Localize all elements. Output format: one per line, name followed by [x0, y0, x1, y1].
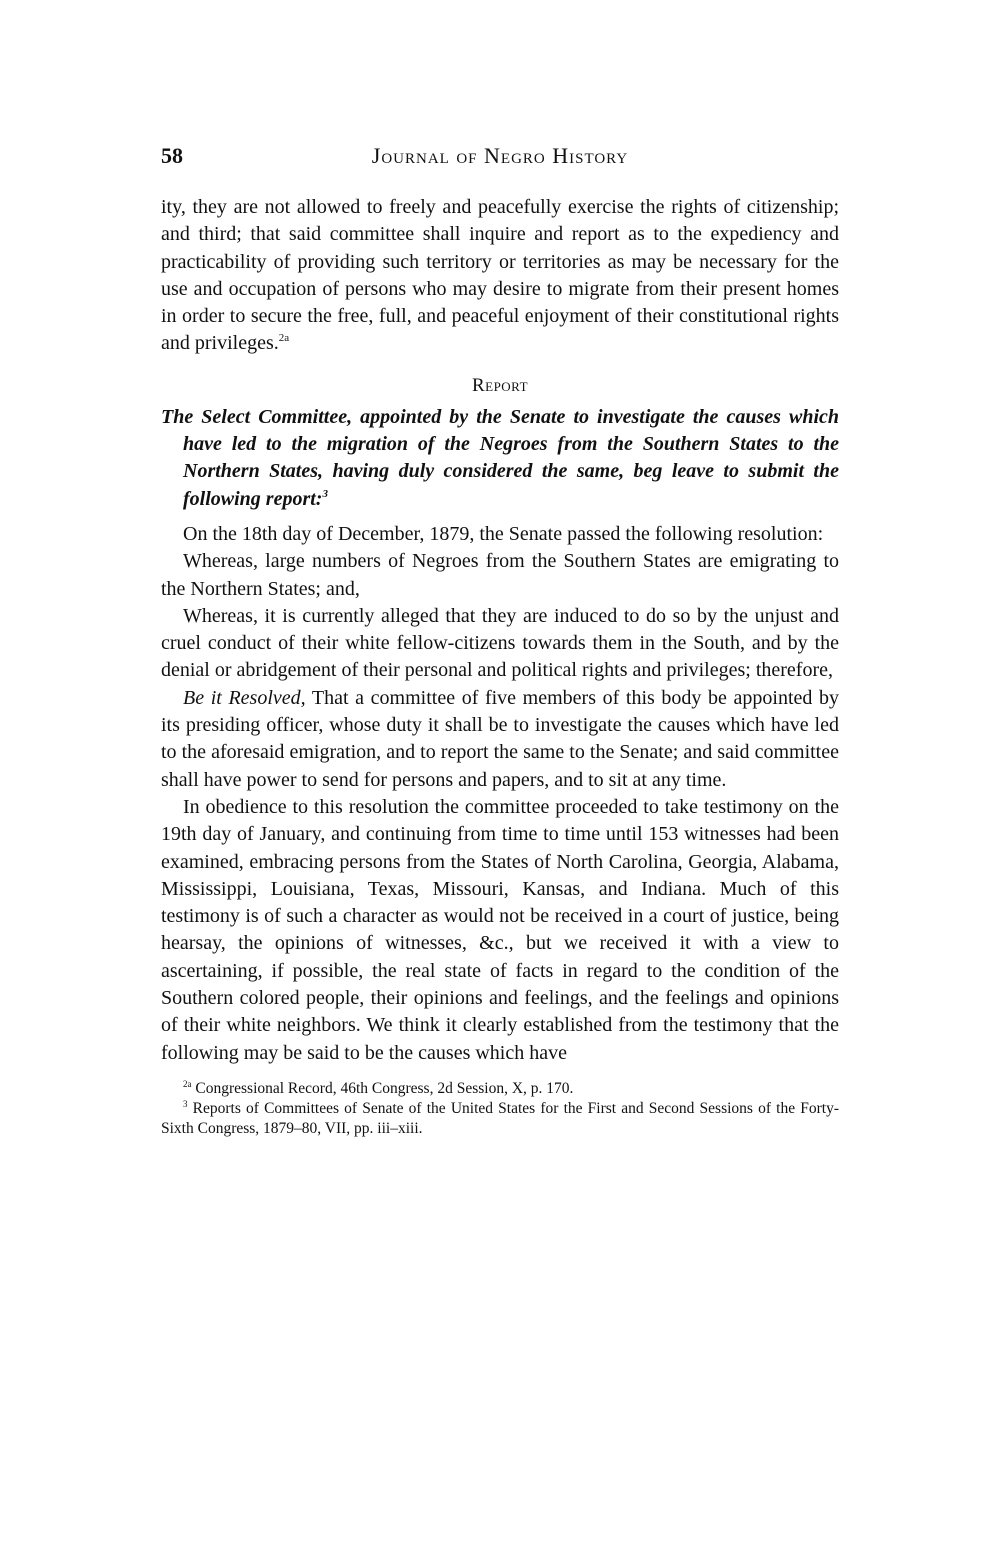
journal-page: 58 Journal of Negro History ity, they ar…	[161, 138, 839, 1139]
journal-title: Journal of Negro History	[161, 138, 839, 174]
continuation-paragraph: ity, they are not allowed to freely and …	[161, 194, 839, 358]
footnote-marker: 2a	[183, 1079, 192, 1089]
continuation-text: ity, they are not allowed to freely and …	[161, 196, 839, 354]
paragraph-whereas-2: Whereas, it is currently alleged that th…	[161, 603, 839, 685]
running-head: 58 Journal of Negro History	[161, 138, 839, 174]
report-preamble: The Select Committee, appointed by the S…	[161, 404, 839, 513]
paragraph-resolution-date: On the 18th day of December, 1879, the S…	[161, 521, 839, 548]
paragraph-whereas-1: Whereas, large numbers of Negroes from t…	[161, 548, 839, 603]
footnote-text: Reports of Committees of Senate of the U…	[161, 1100, 839, 1137]
footnotes: 2a Congressional Record, 46th Congress, …	[161, 1079, 839, 1139]
footnote-3: 3 Reports of Committees of Senate of the…	[161, 1099, 839, 1139]
footnote-2a: 2a Congressional Record, 46th Congress, …	[161, 1079, 839, 1099]
paragraph-resolved: Be it Resolved, That a committee of five…	[161, 685, 839, 794]
resolved-lead: Be it Resolved,	[183, 687, 306, 709]
preamble-text: The Select Committee, appointed by the S…	[161, 406, 839, 510]
footnote-text: Congressional Record, 46th Congress, 2d …	[195, 1080, 573, 1097]
footnote-ref-2a[interactable]: 2a	[279, 332, 289, 344]
footnote-ref-3[interactable]: 3	[322, 488, 328, 500]
body-text: ity, they are not allowed to freely and …	[161, 194, 839, 1067]
section-heading-report: Report	[161, 374, 839, 398]
paragraph-testimony: In obedience to this resolution the comm…	[161, 794, 839, 1067]
footnote-marker: 3	[183, 1099, 188, 1109]
